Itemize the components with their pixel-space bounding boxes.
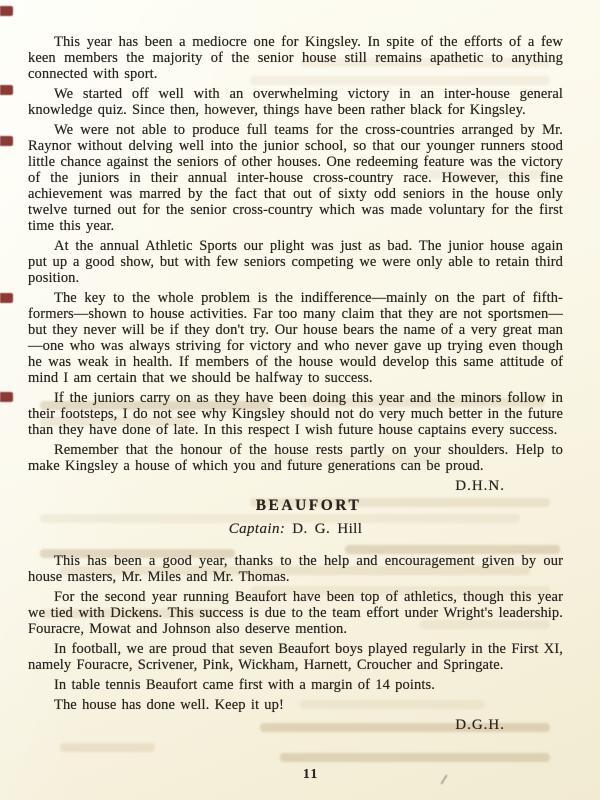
captain-label: Captain: <box>229 521 286 537</box>
captain-name: D. G. Hill <box>292 521 362 537</box>
beaufort-paragraph: The house has done well. Keep it up! <box>28 697 563 713</box>
beaufort-paragraph: For the second year running Beaufort hav… <box>28 589 563 637</box>
kingsley-paragraph: At the annual Athletic Sports our plight… <box>28 238 563 286</box>
kingsley-paragraph: We were not able to produce full teams f… <box>28 122 563 234</box>
bleed-smudge <box>280 753 550 762</box>
bleed-smudge <box>60 743 155 752</box>
kingsley-paragraph: The key to the whole problem is the indi… <box>28 290 563 386</box>
red-edge-mark <box>0 392 13 402</box>
scanned-page: This year has been a mediocre one for Ki… <box>0 0 600 800</box>
kingsley-signature: D.H.N. <box>28 478 563 494</box>
beaufort-captain-line: Captain:D. G. Hill <box>28 520 563 539</box>
pen-mark <box>440 774 448 784</box>
beaufort-paragraph: In table tennis Beaufort came first with… <box>28 677 563 693</box>
kingsley-paragraph: We started off well with an overwhelming… <box>28 86 563 118</box>
red-edge-mark <box>0 85 13 95</box>
red-edge-mark <box>0 136 13 146</box>
beaufort-paragraph: This has been a good year, thanks to the… <box>28 553 563 585</box>
red-edge-mark <box>0 6 13 16</box>
beaufort-paragraph: In football, we are proud that seven Bea… <box>28 641 563 673</box>
kingsley-paragraph: This year has been a mediocre one for Ki… <box>28 34 563 82</box>
kingsley-paragraph: If the juniors carry on as they have bee… <box>28 390 563 438</box>
page-body: This year has been a mediocre one for Ki… <box>28 34 563 735</box>
red-edge-mark <box>0 293 13 303</box>
kingsley-paragraph: Remember that the honour of the house re… <box>28 442 563 474</box>
beaufort-heading: BEAUFORT <box>28 496 563 516</box>
beaufort-signature: D.G.H. <box>28 717 563 733</box>
page-number: 11 <box>303 766 319 782</box>
